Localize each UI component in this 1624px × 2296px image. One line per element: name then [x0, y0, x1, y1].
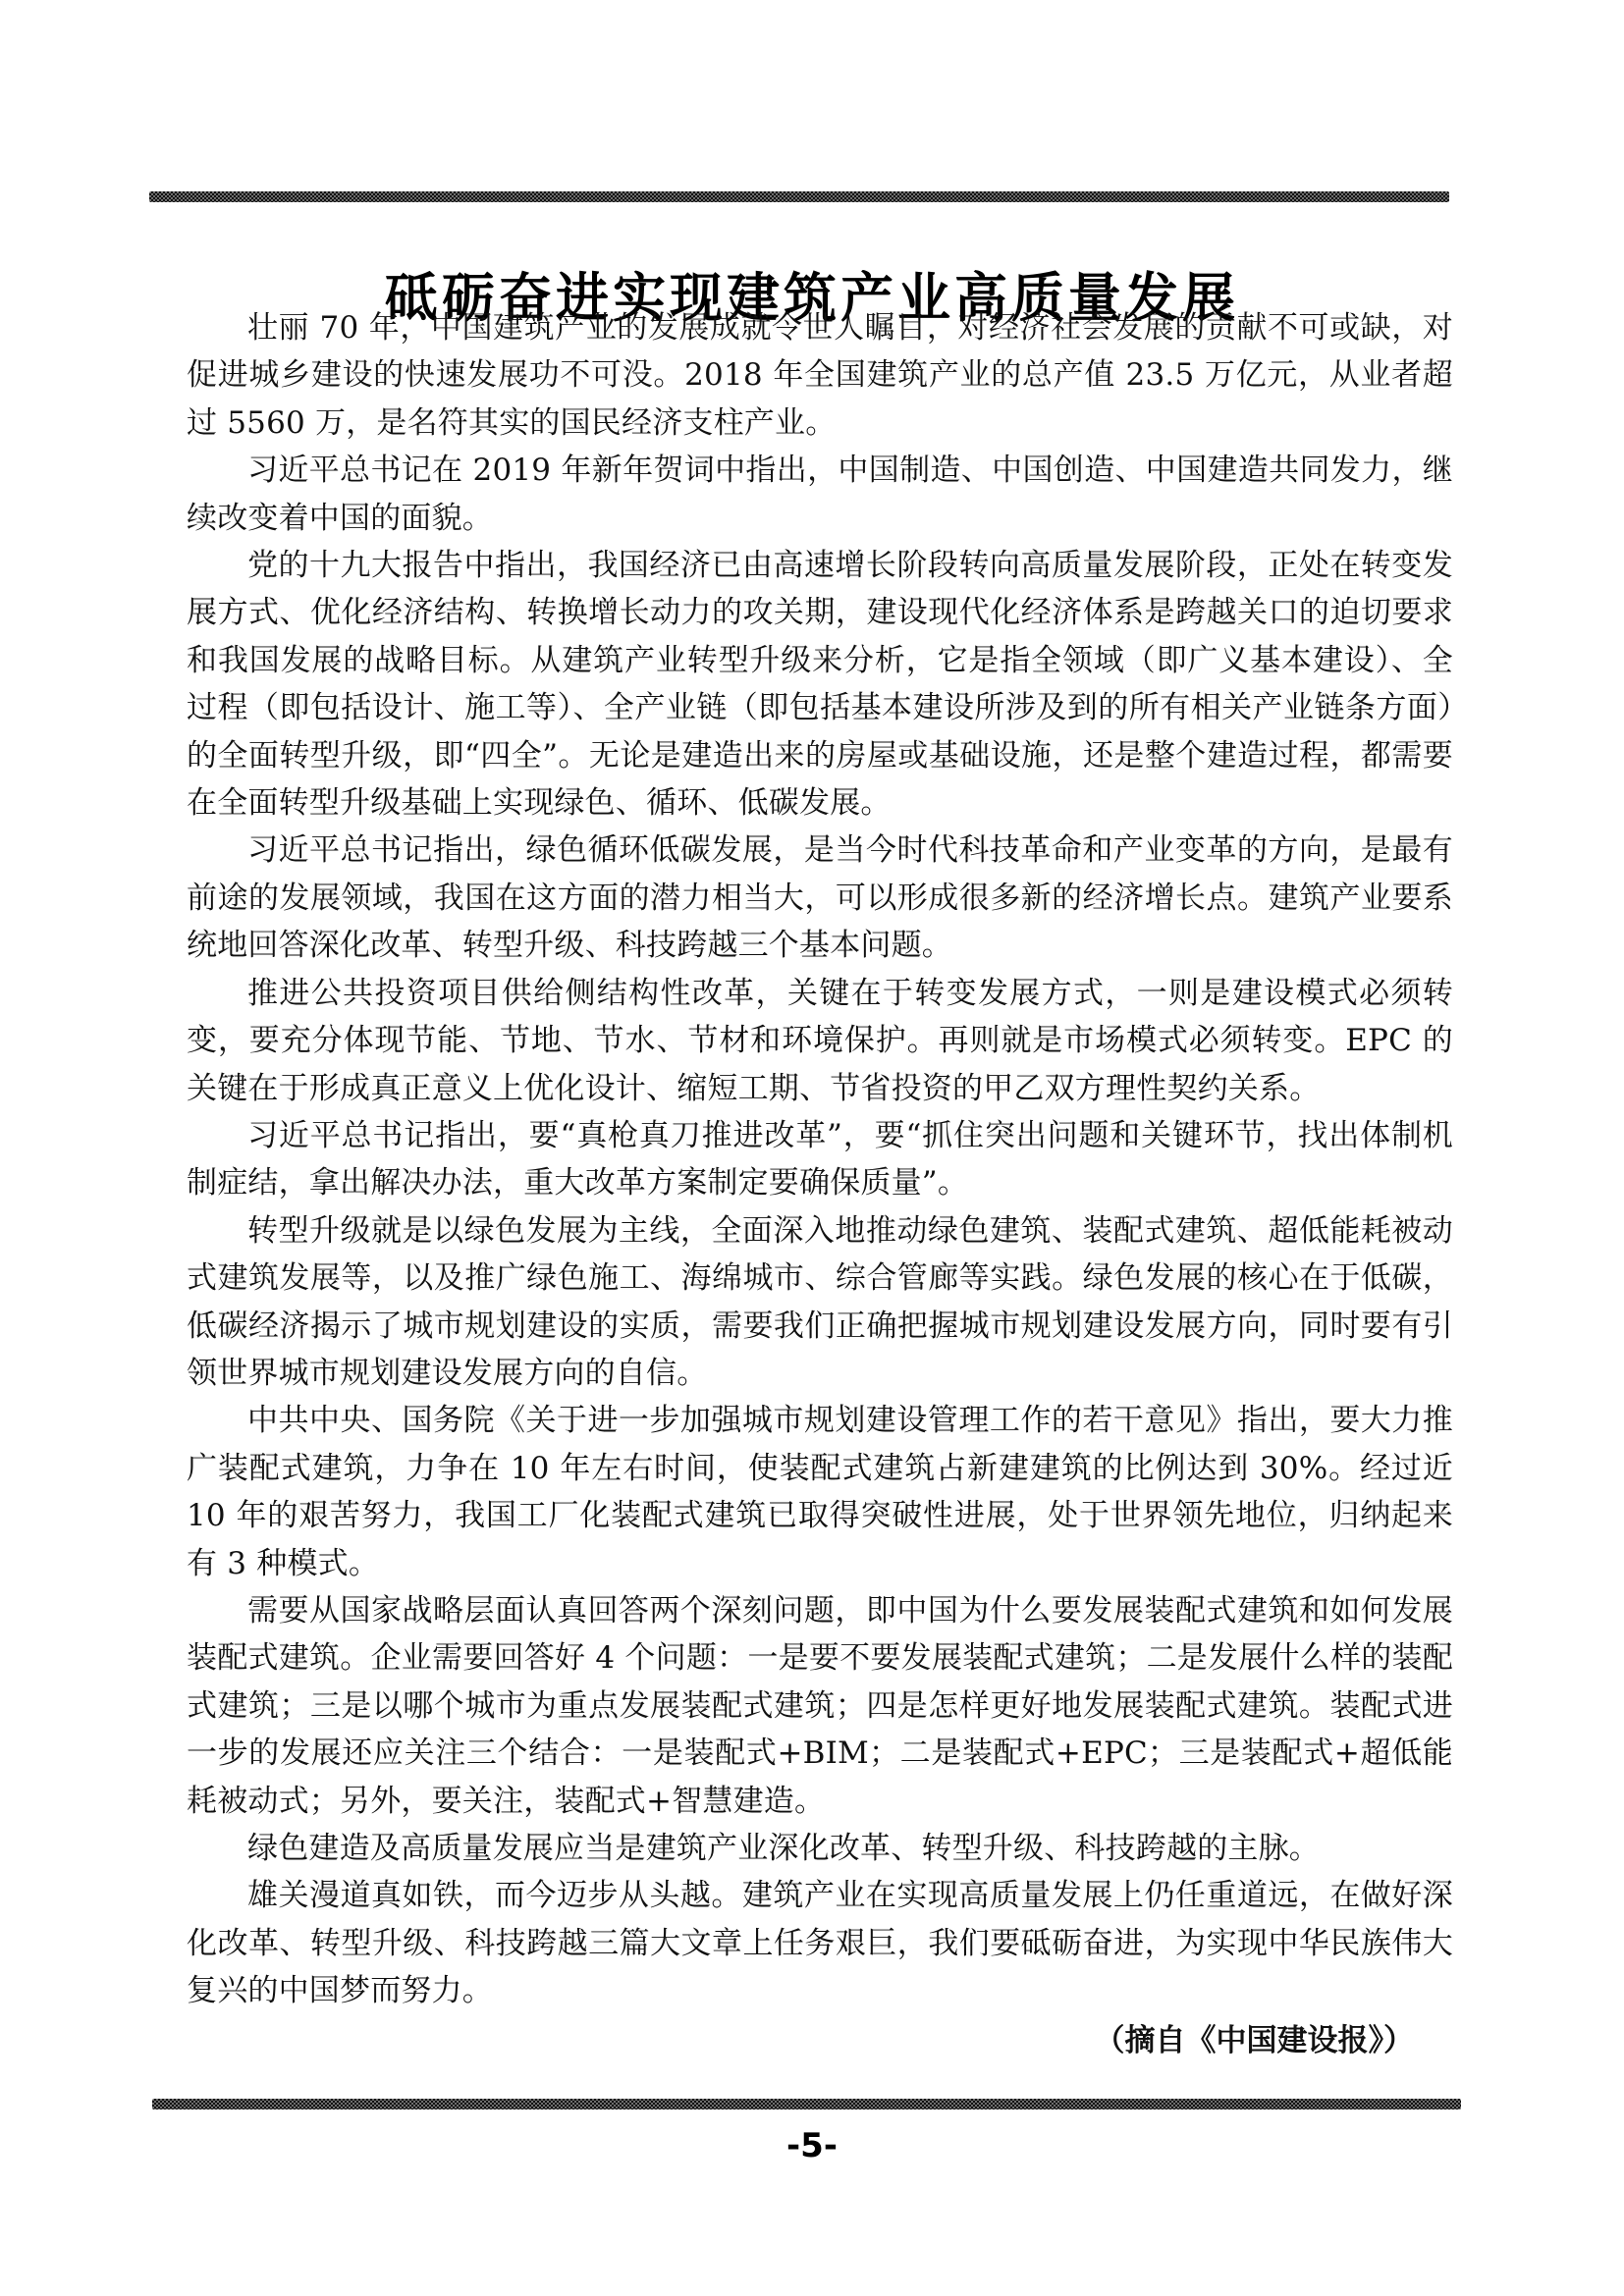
paragraph-text: 雄关漫道真如铁，而今迈步从头越。建筑产业在实现高质量发展上仍任重道远，在做好深化… [187, 1878, 1453, 2008]
top-divider-bar [149, 191, 1449, 202]
source-attribution: （摘自《中国建设报》） [1095, 2015, 1415, 2059]
page-number: -5- [0, 2126, 1624, 2165]
paragraph: 绿色建造及高质量发展应当是建筑产业深化改革、转型升级、科技跨越的主脉。 [187, 1825, 1453, 1872]
paragraph: 党的十九大报告中指出，我国经济已由高速增长阶段转向高质量发展阶段，正处在转变发展… [187, 542, 1453, 827]
paragraph: 习近平总书记指出，要“真枪真刀推进改革”，要“抓住突出问题和关键环节，找出体制机… [187, 1112, 1453, 1207]
paragraph: 雄关漫道真如铁，而今迈步从头越。建筑产业在实现高质量发展上仍任重道远，在做好深化… [187, 1872, 1453, 2014]
paragraph: 推进公共投资项目供给侧结构性改革，关键在于转变发展方式，一则是建设模式必须转变，… [187, 970, 1453, 1112]
paragraph: 转型升级就是以绿色发展为主线，全面深入地推动绿色建筑、装配式建筑、超低能耗被动式… [187, 1207, 1453, 1398]
paragraph: 需要从国家战略层面认真回答两个深刻问题，即中国为什么要发展装配式建筑和如何发展装… [187, 1587, 1453, 1825]
paragraph: 中共中央、国务院《关于进一步加强城市规划建设管理工作的若干意见》指出，要大力推广… [187, 1397, 1453, 1587]
paragraph: 壮丽 70 年，中国建筑产业的发展成就令世人瞩目，对经济社会发展的贡献不可或缺，… [187, 304, 1453, 447]
paragraph: 习近平总书记在 2019 年新年贺词中指出，中国制造、中国创造、中国建造共同发力… [187, 447, 1453, 542]
source-line: （摘自《中国建设报》） [187, 2015, 1453, 2059]
paragraph: 习近平总书记指出，绿色循环低碳发展，是当今时代科技革命和产业变革的方向，是最有前… [187, 827, 1453, 969]
bottom-divider-bar [152, 2099, 1461, 2109]
article-body: 壮丽 70 年，中国建筑产业的发展成就令世人瞩目，对经济社会发展的贡献不可或缺，… [187, 304, 1453, 2059]
